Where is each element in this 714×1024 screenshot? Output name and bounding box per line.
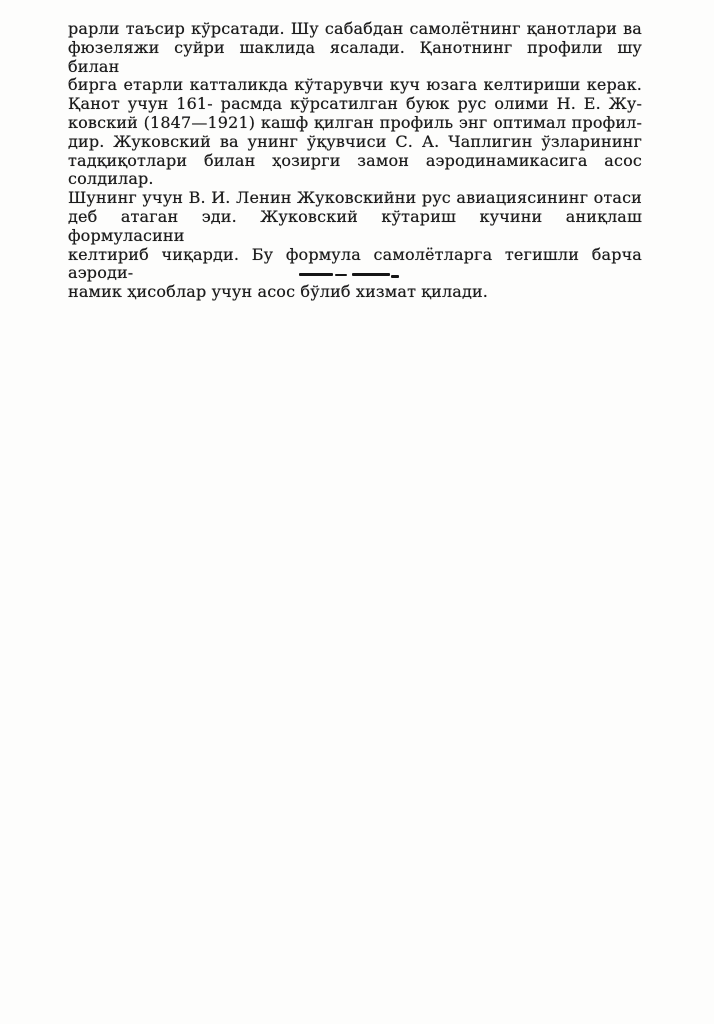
text-line: бирга етарли катталикда кўтарувчи куч юз… [68, 76, 642, 95]
scanned-book-page: рарли таъсир кўрсатади. Шу сабабдан само… [0, 0, 714, 1024]
text-line: фюзеляжи суйри шаклида ясалади. Қанотнин… [68, 39, 642, 77]
text-line: ковский (1847—1921) кашф қилган профиль … [68, 114, 642, 133]
divider-dash [391, 275, 399, 278]
text-line: деб атаган эди. Жуковский кўтариш кучини… [68, 208, 642, 246]
text-line: дир. Жуковский ва унинг ўқувчиси С. А. Ч… [68, 133, 642, 152]
divider-dash [299, 273, 333, 276]
paragraph-block: рарли таъсир кўрсатади. Шу сабабдан само… [68, 20, 642, 302]
text-line: Қанот учун 161- расмда кўрсатилган буюк … [68, 95, 642, 114]
text-line: намик ҳисоблар учун асос бўлиб хизмат қи… [68, 283, 642, 302]
text-line: тадқиқотлари билан ҳозирги замон аэродин… [68, 152, 642, 190]
text-line: Шунинг учун В. И. Ленин Жуковскийни рус … [68, 189, 642, 208]
divider-dash [352, 273, 390, 276]
section-divider [299, 272, 399, 278]
divider-dash [335, 274, 347, 276]
text-line: рарли таъсир кўрсатади. Шу сабабдан само… [68, 20, 642, 39]
